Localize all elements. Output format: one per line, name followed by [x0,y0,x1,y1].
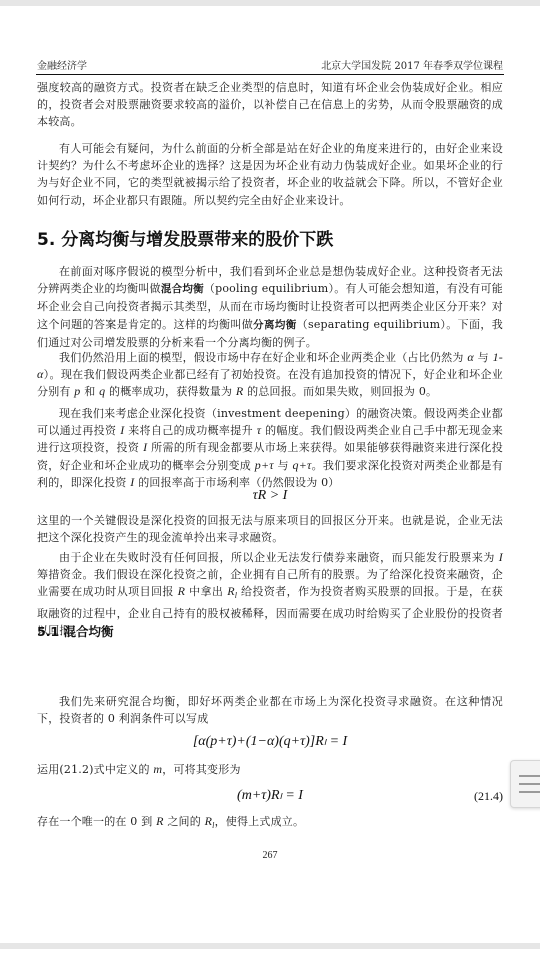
menu-button[interactable] [510,760,540,808]
header-course-title: 金融经济学 [37,60,87,73]
header-rule [36,74,504,75]
equation-zero-profit: [α(p+τ)+(1−α)(q+τ)]Rₗ = I [37,732,503,752]
equation-condition: τR > I [37,486,503,506]
bottom-bar [0,943,540,949]
equation-number: (21.4) [474,786,503,806]
paragraph-3: 在前面对啄序假说的模型分析中，我们看到坏企业总是想伪装成好企业。这种投资者无法分… [37,263,503,351]
page-number: 267 [0,850,540,861]
paragraph-10: 存在一个唯一的在 0 到 R 之间的 Rl，使得上式成立。 [37,813,503,834]
paragraph-5: 现在我们来考虑企业深化投资（investment deepening）的融资决策… [37,405,503,491]
section-heading: 5. 分离均衡与增发股票带来的股价下跌 [37,229,333,251]
paragraph-1: 强度较高的融资方式。投资者在缺乏企业类型的信息时，知道有坏企业会伪装成好企业。相… [37,79,503,131]
paragraph-4: 我们仍然沿用上面的模型，假设市场中存在好企业和坏企业两类企业（占比仍然为 α 与… [37,349,503,401]
paragraph-9: 运用(21.2)式中定义的 m，可将其变形为 [37,761,503,778]
paragraph-8: 我们先来研究混合均衡，即好坏两类企业都在市场上为深化投资寻求融资。在这种情况下，… [37,693,503,727]
subsection-heading: 5.1 混合均衡 [37,624,114,640]
running-header: 金融经济学 北京大学国发院 2017 年春季双学位课程 [37,60,503,73]
term-separating-equilibrium: 分离均衡 [253,319,297,331]
term-pooling-equilibrium: 混合均衡 [161,283,204,295]
paragraph-6: 这里的一个关键假设是深化投资的回报无法与原来项目的回报区分开来。也就是说，企业无… [37,512,503,546]
paragraph-2: 有人可能会有疑问，为什么前面的分析全部是站在好企业的角度来进行的，由好企业来设计… [37,140,503,209]
equation-21-4: (m+τ)Rₗ = I [37,786,503,806]
header-institution: 北京大学国发院 2017 年春季双学位课程 [321,60,503,73]
